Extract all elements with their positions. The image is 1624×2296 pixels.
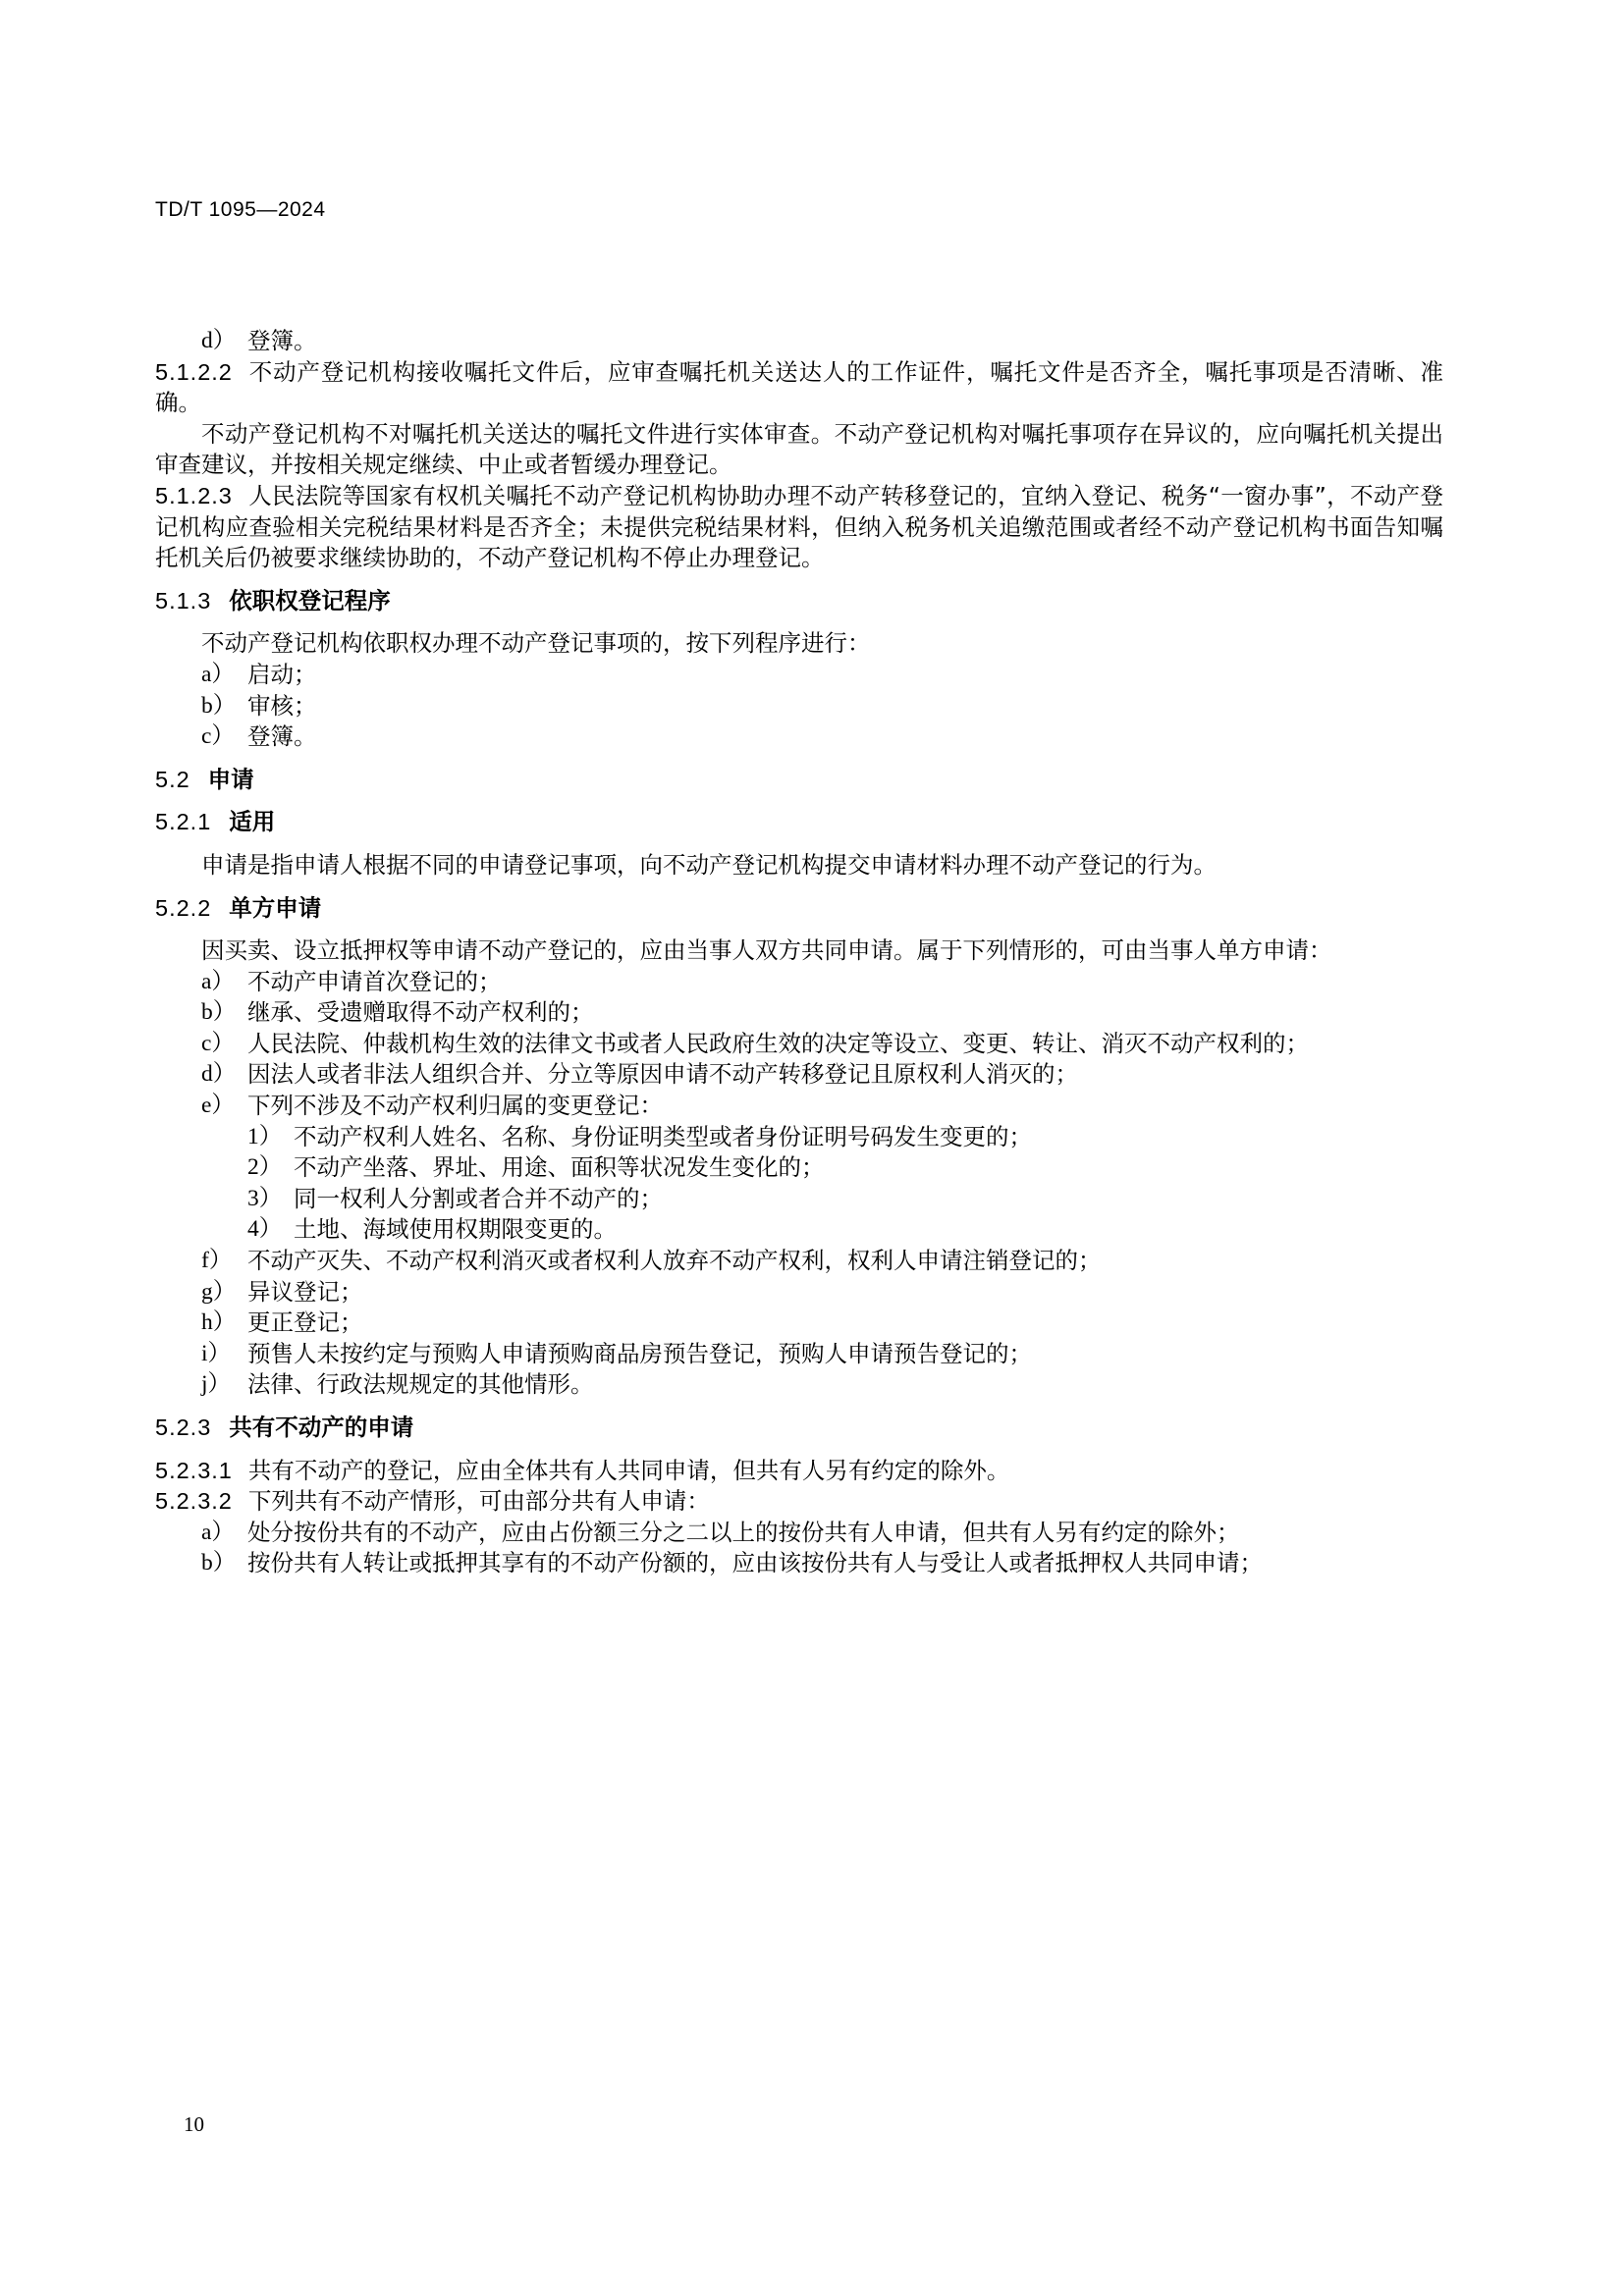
section-heading-5-1-3: 5.1.3依职权登记程序 xyxy=(155,586,1443,617)
list-item-label: g） xyxy=(201,1277,247,1308)
list-item-text: 审核； xyxy=(247,691,1443,722)
section-number: 5.2.2 xyxy=(155,895,211,921)
list-item: e）下列不涉及不动产权利归属的变更登记： xyxy=(155,1091,1443,1122)
sub-list-item: 1）不动产权利人姓名、名称、身份证明类型或者身份证明号码发生变更的； xyxy=(155,1122,1443,1153)
clause-text: 人民法院等国家有权机关嘱托不动产登记机构协助办理不动产转移登记的，宜纳入登记、税… xyxy=(155,482,1443,571)
list-item: a）启动； xyxy=(155,660,1443,691)
list-item-text: 下列不涉及不动产权利归属的变更登记： xyxy=(247,1091,1443,1122)
clause-text: 下列共有不动产情形，可由部分共有人申请： xyxy=(248,1487,710,1515)
paragraph: 申请是指申请人根据不同的申请登记事项，向不动产登记机构提交申请材料办理不动产登记… xyxy=(155,850,1443,881)
list-item-text: 更正登记； xyxy=(247,1308,1443,1339)
section-number: 5.2.1 xyxy=(155,809,211,834)
list-item-text: 异议登记； xyxy=(247,1277,1443,1308)
list-item-label: j） xyxy=(201,1369,247,1401)
paragraph: 不动产登记机构不对嘱托机关送达的嘱托文件进行实体审查。不动产登记机构对嘱托事项存… xyxy=(155,419,1443,481)
list-item-text: 不动产灭失、不动产权利消灭或者权利人放弃不动产权利，权利人申请注销登记的； xyxy=(247,1246,1443,1277)
section-heading-5-2-3: 5.2.3共有不动产的申请 xyxy=(155,1413,1443,1444)
clause-5-1-2-3: 5.1.2.3人民法院等国家有权机关嘱托不动产登记机构协助办理不动产转移登记的，… xyxy=(155,481,1443,574)
list-item-label: b） xyxy=(201,691,247,722)
clause-5-2-3-2: 5.2.3.2下列共有不动产情形，可由部分共有人申请： xyxy=(155,1486,1443,1518)
list-item-text: 继承、受遗赠取得不动产权利的； xyxy=(247,997,1443,1029)
clause-5-2-3-1: 5.2.3.1共有不动产的登记，应由全体共有人共同申请，但共有人另有约定的除外。 xyxy=(155,1456,1443,1487)
section-title: 申请 xyxy=(208,766,254,793)
list-item-label: c） xyxy=(201,721,247,753)
clause-text: 共有不动产的登记，应由全体共有人共同申请，但共有人另有约定的除外。 xyxy=(248,1457,1010,1484)
list-item-label: a） xyxy=(201,1518,247,1549)
list-item-text: 预售人未按约定与预购人申请预购商品房预告登记，预购人申请预告登记的； xyxy=(247,1339,1443,1370)
list-item-label: e） xyxy=(201,1091,247,1122)
list-item-label: b） xyxy=(201,1548,247,1579)
sub-list-item: 3）同一权利人分割或者合并不动产的； xyxy=(155,1184,1443,1215)
sub-list-item-text: 不动产权利人姓名、名称、身份证明类型或者身份证明号码发生变更的； xyxy=(294,1122,1443,1153)
paragraph: 不动产登记机构依职权办理不动产登记事项的，按下列程序进行： xyxy=(155,628,1443,660)
list-item: f）不动产灭失、不动产权利消灭或者权利人放弃不动产权利，权利人申请注销登记的； xyxy=(155,1246,1443,1277)
list-item: b）按份共有人转让或抵押其享有的不动产份额的，应由该按份共有人与受让人或者抵押权… xyxy=(155,1548,1443,1579)
section-title: 共有不动产的申请 xyxy=(229,1414,413,1441)
list-item-text: 按份共有人转让或抵押其享有的不动产份额的，应由该按份共有人与受让人或者抵押权人共… xyxy=(247,1548,1443,1579)
document-body: d） 登簿。 5.1.2.2不动产登记机构接收嘱托文件后，应审查嘱托机关送达人的… xyxy=(155,326,1443,1579)
list-item-label: f） xyxy=(201,1246,247,1277)
list-item: d）因法人或者非法人组织合并、分立等原因申请不动产转移登记且原权利人消灭的； xyxy=(155,1059,1443,1091)
section-number: 5.2.3 xyxy=(155,1415,211,1440)
sub-list-item-label: 2） xyxy=(247,1152,294,1184)
list-item: i）预售人未按约定与预购人申请预购商品房预告登记，预购人申请预告登记的； xyxy=(155,1339,1443,1370)
list-item: a）处分按份共有的不动产，应由占份额三分之二以上的按份共有人申请，但共有人另有约… xyxy=(155,1518,1443,1549)
list-item: j）法律、行政法规规定的其他情形。 xyxy=(155,1369,1443,1401)
sub-list-item-label: 1） xyxy=(247,1122,294,1153)
list-item-text: 法律、行政法规规定的其他情形。 xyxy=(247,1369,1443,1401)
clause-number: 5.2.3.2 xyxy=(155,1488,233,1514)
clause-5-1-2-2: 5.1.2.2不动产登记机构接收嘱托文件后，应审查嘱托机关送达人的工作证件，嘱托… xyxy=(155,357,1443,419)
section-heading-5-2: 5.2申请 xyxy=(155,765,1443,796)
list-item-label: d） xyxy=(201,326,247,357)
list-item-text: 人民法院、仲裁机构生效的法律文书或者人民政府生效的决定等设立、变更、转让、消灭不… xyxy=(247,1029,1443,1060)
list-item: a）不动产申请首次登记的； xyxy=(155,967,1443,998)
sub-list-item-text: 同一权利人分割或者合并不动产的； xyxy=(294,1184,1443,1215)
sub-list-item-text: 土地、海域使用权期限变更的。 xyxy=(294,1214,1443,1246)
paragraph: 因买卖、设立抵押权等申请不动产登记的，应由当事人双方共同申请。属于下列情形的，可… xyxy=(155,935,1443,967)
list-item-label: a） xyxy=(201,660,247,691)
list-item-text: 登簿。 xyxy=(247,721,1443,753)
list-item: b）继承、受遗赠取得不动产权利的； xyxy=(155,997,1443,1029)
clause-number: 5.1.2.3 xyxy=(155,483,233,508)
clause-number: 5.1.2.2 xyxy=(155,359,233,385)
sub-list-item: 4）土地、海域使用权期限变更的。 xyxy=(155,1214,1443,1246)
list-item: g）异议登记； xyxy=(155,1277,1443,1308)
list-item-label: h） xyxy=(201,1308,247,1339)
section-heading-5-2-2: 5.2.2单方申请 xyxy=(155,893,1443,925)
section-title: 适用 xyxy=(229,808,275,835)
list-item: d） 登簿。 xyxy=(155,326,1443,357)
list-item-text: 因法人或者非法人组织合并、分立等原因申请不动产转移登记且原权利人消灭的； xyxy=(247,1059,1443,1091)
standard-code-header: TD/T 1095—2024 xyxy=(155,198,326,222)
sub-list-item-label: 3） xyxy=(247,1184,294,1215)
list-item-text: 不动产申请首次登记的； xyxy=(247,967,1443,998)
list-item-text: 处分按份共有的不动产，应由占份额三分之二以上的按份共有人申请，但共有人另有约定的… xyxy=(247,1518,1443,1549)
list-item: c）登簿。 xyxy=(155,721,1443,753)
list-item-text: 启动； xyxy=(247,660,1443,691)
sub-list-item: 2）不动产坐落、界址、用途、面积等状况发生变化的； xyxy=(155,1152,1443,1184)
list-item: b）审核； xyxy=(155,691,1443,722)
section-number: 5.2 xyxy=(155,767,190,792)
list-item-label: d） xyxy=(201,1059,247,1091)
page-number: 10 xyxy=(184,2112,204,2137)
list-item-label: a） xyxy=(201,967,247,998)
sub-list-item-text: 不动产坐落、界址、用途、面积等状况发生变化的； xyxy=(294,1152,1443,1184)
list-item-label: i） xyxy=(201,1339,247,1370)
list-item-label: c） xyxy=(201,1029,247,1060)
section-number: 5.1.3 xyxy=(155,588,211,614)
section-heading-5-2-1: 5.2.1适用 xyxy=(155,807,1443,838)
list-item-text: 登簿。 xyxy=(247,326,1443,357)
list-item: c）人民法院、仲裁机构生效的法律文书或者人民政府生效的决定等设立、变更、转让、消… xyxy=(155,1029,1443,1060)
list-item: h）更正登记； xyxy=(155,1308,1443,1339)
list-item-label: b） xyxy=(201,997,247,1029)
section-title: 依职权登记程序 xyxy=(229,587,391,614)
section-title: 单方申请 xyxy=(229,894,321,922)
clause-number: 5.2.3.1 xyxy=(155,1458,233,1483)
sub-list-item-label: 4） xyxy=(247,1214,294,1246)
clause-text: 不动产登记机构接收嘱托文件后，应审查嘱托机关送达人的工作证件，嘱托文件是否齐全，… xyxy=(155,358,1443,417)
